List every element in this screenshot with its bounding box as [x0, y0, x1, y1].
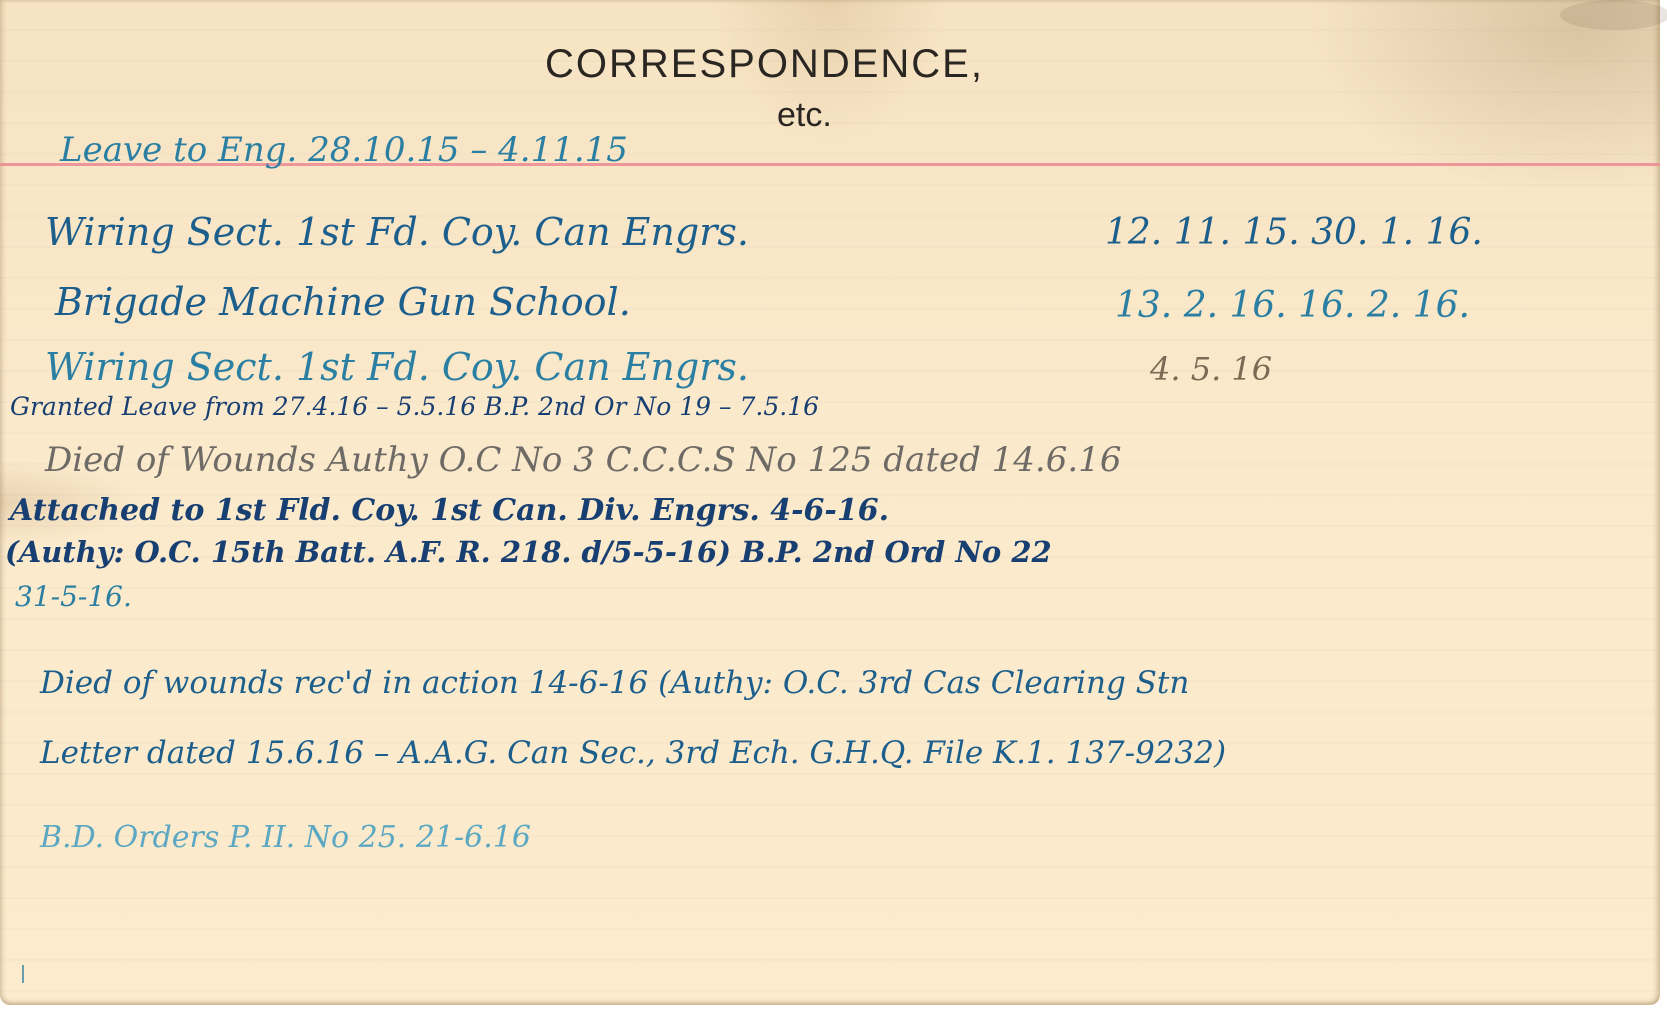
- entry-leave-to-england: Leave to Eng. 28.10.15 – 4.11.15: [60, 130, 628, 170]
- entry-wiring-sect-2-date: 4. 5. 16: [1150, 350, 1272, 388]
- entry-date-31-5-16: 31-5-16.: [15, 580, 132, 613]
- age-stain: [1560, 0, 1667, 30]
- entry-wiring-sect-1: Wiring Sect. 1st Fd. Coy. Can Engrs.: [45, 210, 749, 254]
- card-heading: CORRESPONDENCE,: [545, 42, 984, 87]
- entry-attached-to: Attached to 1st Fld. Coy. 1st Can. Div. …: [10, 493, 889, 528]
- ink-mark: [22, 965, 24, 983]
- entry-wiring-sect-2: Wiring Sect. 1st Fd. Coy. Can Engrs.: [45, 345, 749, 389]
- entry-letter-dated: Letter dated 15.6.16 – A.A.G. Can Sec., …: [40, 735, 1226, 771]
- entry-died-of-wounds-pencil: Died of Wounds Authy O.C No 3 C.C.C.S No…: [45, 440, 1121, 480]
- card-subheading: etc.: [777, 96, 832, 135]
- entry-bd-orders: B.D. Orders P. II. No 25. 21-6.16: [40, 820, 531, 855]
- entry-died-of-wounds-action: Died of wounds rec'd in action 14-6-16 (…: [40, 665, 1189, 701]
- correspondence-card: CORRESPONDENCE, etc. Leave to Eng. 28.10…: [0, 0, 1660, 1005]
- entry-wiring-sect-1-dates: 12. 11. 15. 30. 1. 16.: [1105, 212, 1483, 253]
- entry-brigade-mg-school: Brigade Machine Gun School.: [55, 280, 631, 324]
- entry-brigade-mg-school-dates: 13. 2. 16. 16. 2. 16.: [1115, 285, 1470, 326]
- entry-granted-leave: Granted Leave from 27.4.16 – 5.5.16 B.P.…: [10, 392, 819, 421]
- entry-authy-batt: (Authy: O.C. 15th Batt. A.F. R. 218. d/5…: [5, 535, 1052, 569]
